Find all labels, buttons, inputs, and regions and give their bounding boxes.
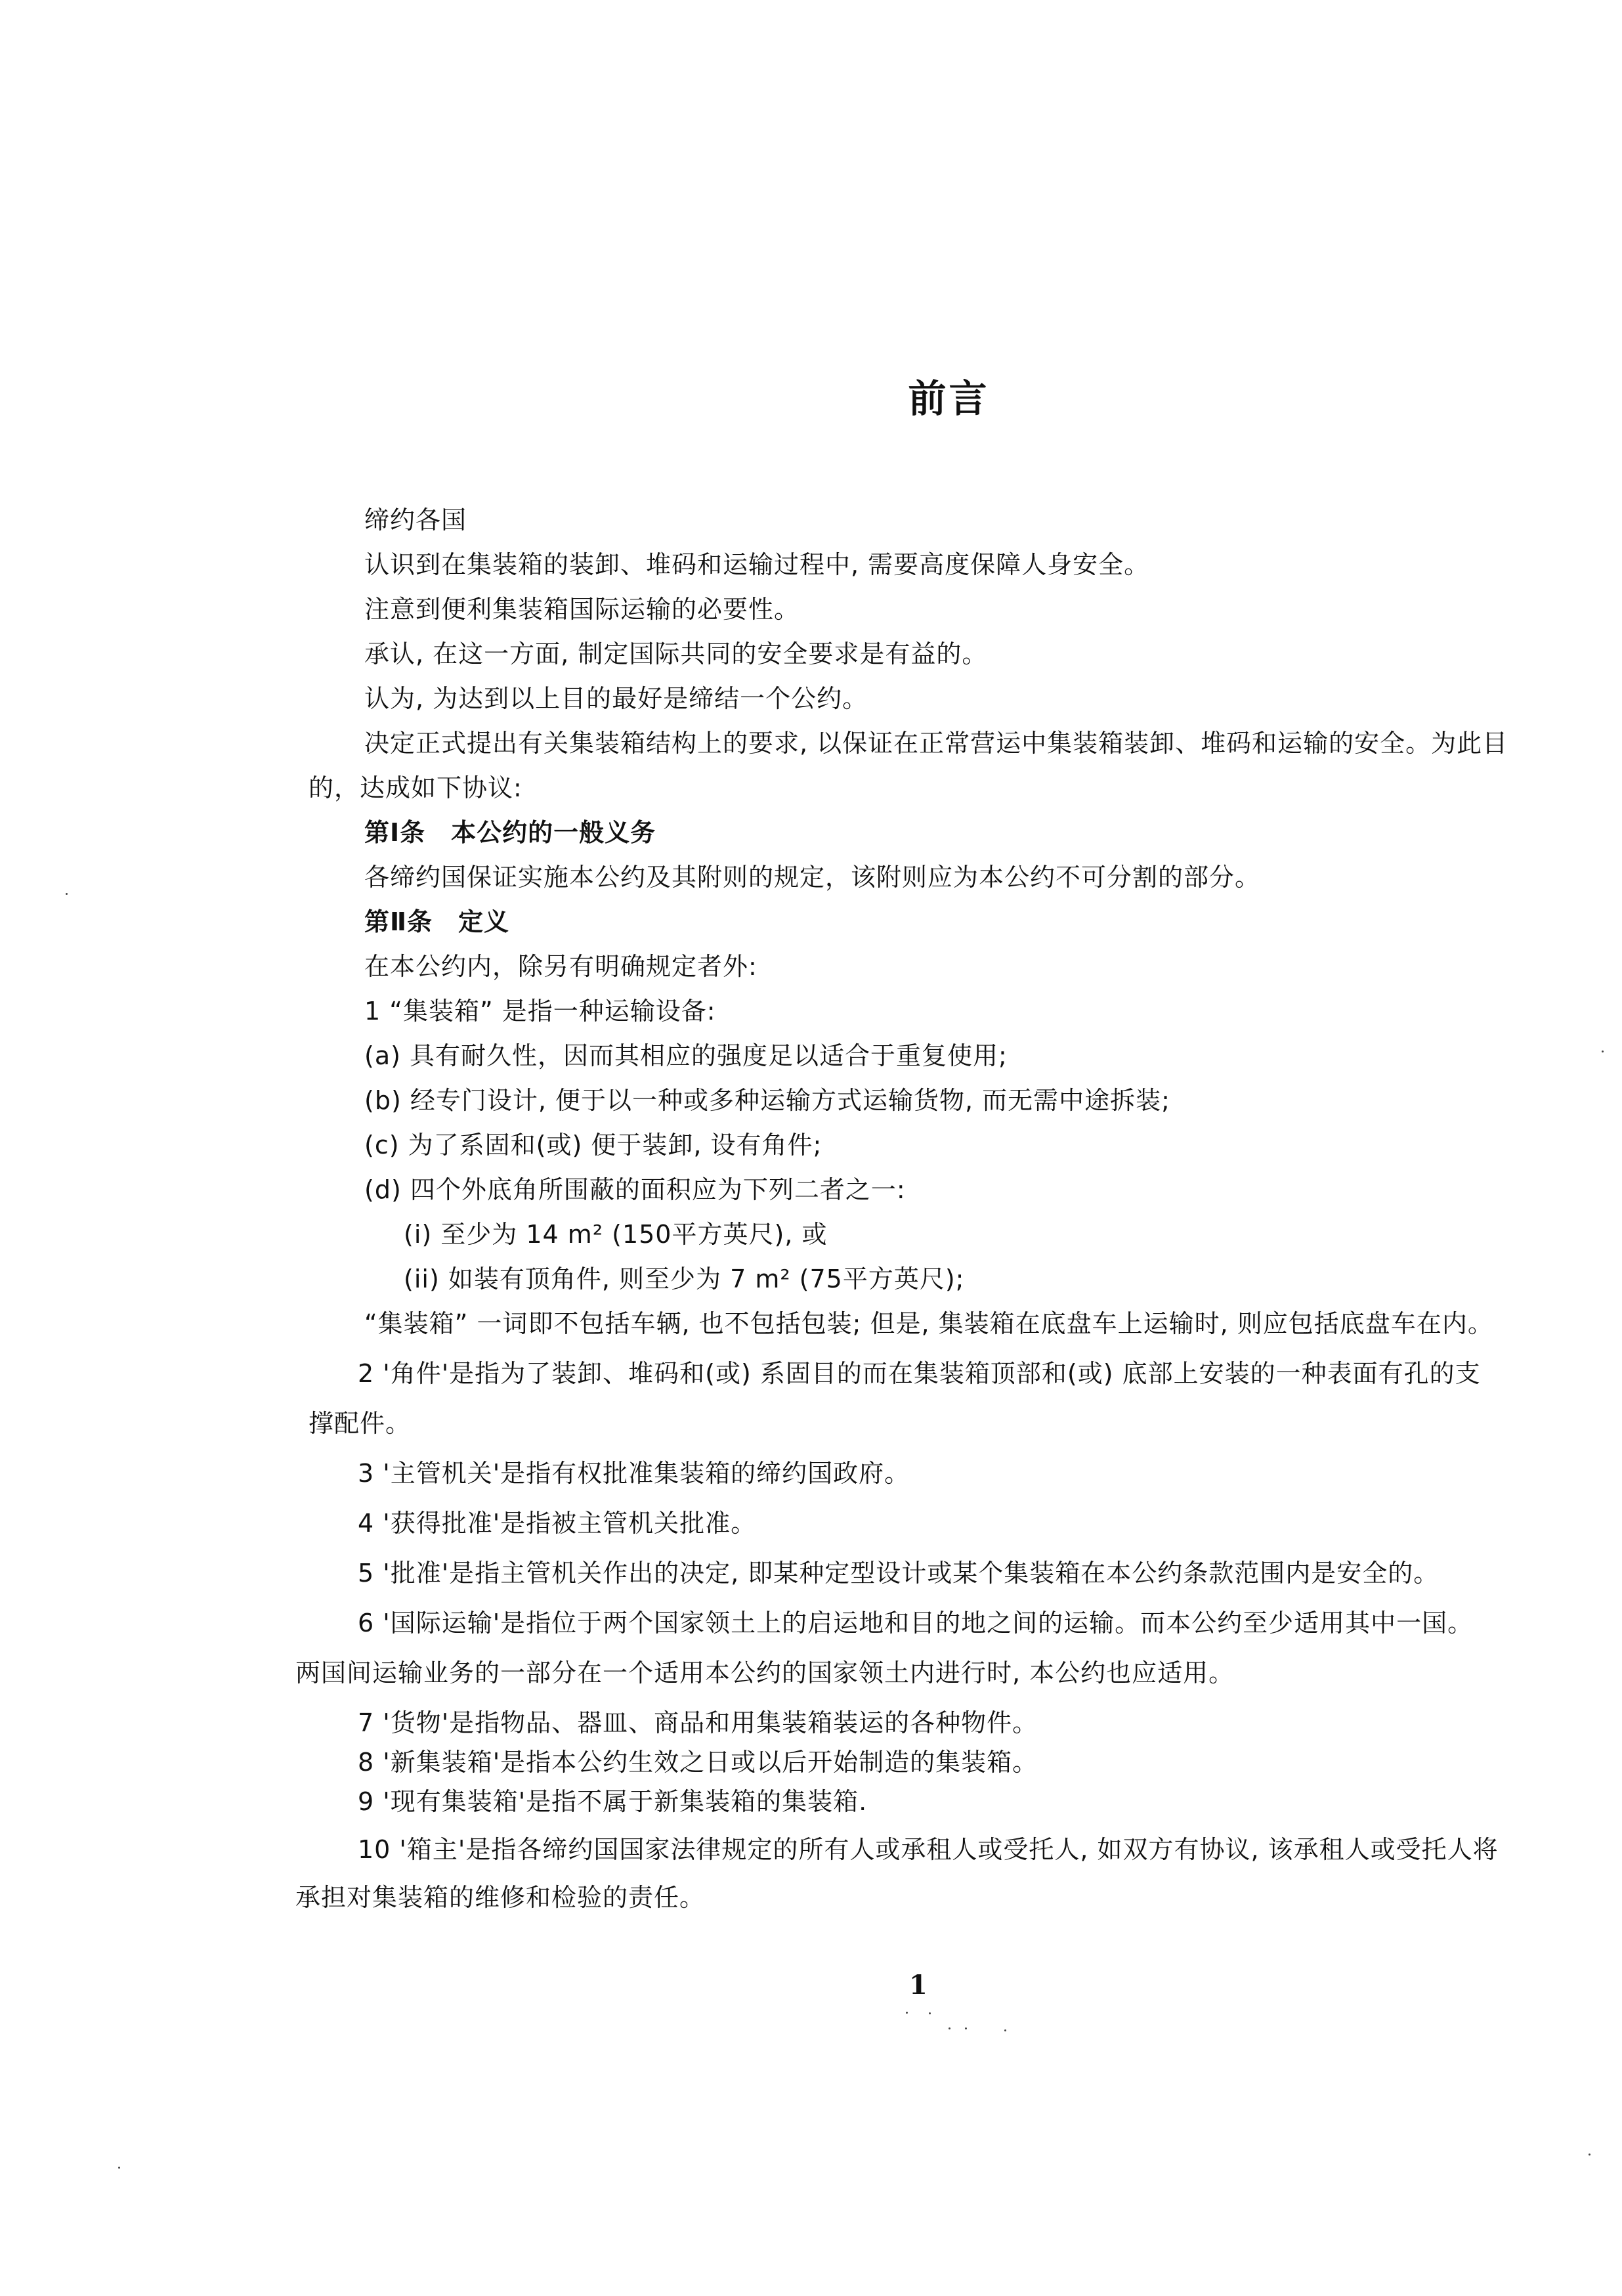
body-line: 10 '箱主'是指各缔约国国家法律规定的所有人或承租人或受托人, 如双方有协议,…: [358, 1835, 1499, 1864]
scan-speck: [118, 2167, 120, 2169]
page-number: 1: [909, 1970, 928, 2001]
body-line: 承担对集装箱的维修和检验的责任。: [295, 1883, 705, 1912]
body-line: 1 “集装箱” 是指一种运输设备:: [364, 997, 716, 1026]
body-line: 决定正式提出有关集装箱结构上的要求, 以保证在正常营运中集装箱装卸、堆码和运输的…: [364, 729, 1508, 758]
article-heading: 第Ⅰ条 本公约的一般义务: [364, 818, 656, 847]
scan-speck: [949, 2027, 950, 2029]
scan-speck: [929, 2012, 931, 2014]
scan-speck: [1602, 1051, 1604, 1052]
scan-speck: [1004, 2029, 1006, 2031]
body-line: 7 '货物'是指物品、器皿、商品和用集装箱装运的各种物件。: [358, 1708, 1038, 1737]
body-line: 9 '现有集装箱'是指不属于新集装箱的集装箱.: [358, 1787, 867, 1816]
body-line: 缔约各国: [364, 506, 467, 534]
body-line: 2 '角件'是指为了装卸、堆码和(或) 系固目的而在集装箱顶部和(或) 底部上安…: [358, 1359, 1481, 1388]
body-line: 5 '批准'是指主管机关作出的决定, 即某种定型设计或某个集装箱在本公约条款范围…: [358, 1559, 1439, 1588]
body-line: (b) 经专门设计, 便于以一种或多种运输方式运输货物, 而无需中途拆装;: [364, 1086, 1170, 1115]
body-line: (i) 至少为 14 m² (150平方英尺), 或: [404, 1220, 827, 1249]
body-line: (d) 四个外底角所围蔽的面积应为下列二者之一:: [364, 1175, 906, 1204]
scan-speck: [965, 2027, 967, 2029]
page-title: 前言: [0, 368, 1622, 423]
body-line: 的，达成如下协议:: [309, 773, 523, 802]
body-line: 注意到便利集装箱国际运输的必要性。: [364, 595, 800, 624]
body-line: 认识到在集装箱的装卸、堆码和运输过程中, 需要高度保障人身安全。: [364, 550, 1149, 579]
body-line: 承认, 在这一方面, 制定国际共同的安全要求是有益的。: [364, 639, 987, 668]
document-page: 前言 缔约各国认识到在集装箱的装卸、堆码和运输过程中, 需要高度保障人身安全。注…: [0, 0, 1622, 2296]
body-line: 8 '新集装箱'是指本公约生效之日或以后开始制造的集装箱。: [358, 1748, 1038, 1777]
body-line: 4 '获得批准'是指被主管机关批准。: [358, 1509, 756, 1538]
scan-speck: [66, 893, 68, 895]
body-line: 在本公约内，除另有明确规定者外:: [364, 952, 758, 981]
body-line: (ii) 如装有顶角件, 则至少为 7 m² (75平方英尺);: [404, 1265, 964, 1293]
scan-speck: [1589, 2154, 1590, 2155]
body-line: 各缔约国保证实施本公约及其附则的规定，该附则应为本公约不可分割的部分。: [364, 863, 1260, 892]
body-line: (c) 为了系固和(或) 便于装卸, 设有角件;: [364, 1131, 822, 1159]
body-line: 撑配件。: [309, 1409, 411, 1438]
body-line: 6 '国际运输'是指位于两个国家领土上的启运地和目的地之间的运输。而本公约至少适…: [358, 1609, 1473, 1637]
scan-speck: [906, 2012, 908, 2014]
body-line: 3 '主管机关'是指有权批准集装箱的缔约国政府。: [358, 1459, 910, 1488]
body-line: 认为, 为达到以上目的最好是缔结一个公约。: [364, 684, 868, 713]
body-line: “集装箱” 一词即不包括车辆, 也不包括包装; 但是, 集装箱在底盘车上运输时,…: [364, 1309, 1493, 1338]
body-line: (a) 具有耐久性，因而其相应的强度足以适合于重复使用;: [364, 1041, 1008, 1070]
article-heading: 第Ⅱ条 定义: [364, 907, 509, 936]
body-line: 两国间运输业务的一部分在一个适用本公约的国家领土内进行时, 本公约也应适用。: [295, 1658, 1234, 1687]
